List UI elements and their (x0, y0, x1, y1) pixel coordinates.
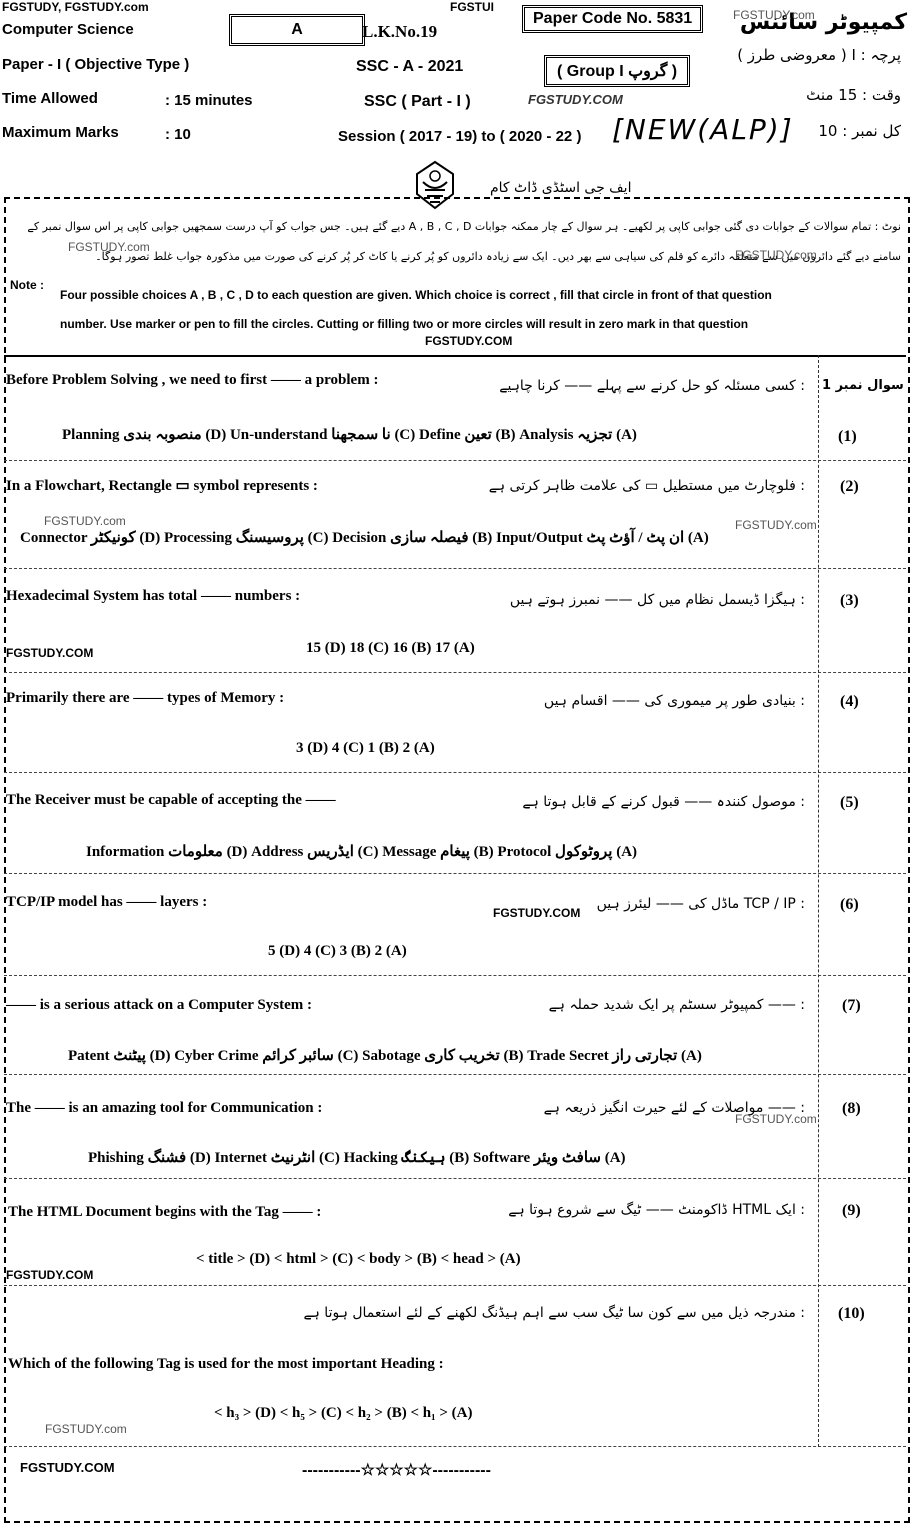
watermark-top-center: FGSTUI (450, 0, 494, 14)
watermark-q9: FGSTUDY.COM (6, 1268, 93, 1282)
handwritten-note: [NEW(ALP)] (612, 113, 794, 146)
q6-options: 5 (D) 4 (C) 3 (B) 2 (A) (268, 943, 407, 960)
exam-title: SSC - A - 2021 (356, 58, 463, 76)
q3-urdu: : ہیگزا ڈیسمل نظام میں کل —— نمبرز ہوتے … (510, 592, 805, 608)
footer-stars: -----------☆☆☆☆☆----------- (302, 1460, 491, 1480)
q6-number: (6) (840, 896, 859, 914)
marks-label: Maximum Marks (2, 124, 119, 141)
q9-options: < title > (D) < html > (C) < body > (B) … (196, 1251, 521, 1268)
watermark-instr-left: FGSTUDY.com (68, 240, 150, 254)
q8-english: The —— is an amazing tool for Communicat… (6, 1100, 322, 1117)
q1-english: Before Problem Solving , we need to firs… (6, 372, 378, 389)
exam-part: SSC ( Part - I ) (364, 93, 471, 111)
q7-english: —— is a serious attack on a Computer Sys… (6, 997, 312, 1014)
q7-urdu: : —— کمپیوٹر سسٹم پر ایک شدید حملہ ہے (549, 997, 805, 1013)
q4-number: (4) (840, 693, 859, 711)
q1-urdu: : کسی مسئلہ کو حل کرنے سے پہلے —— کرنا چ… (499, 378, 805, 394)
question-header-urdu: سوال نمبر 1 (822, 378, 904, 393)
q10-options: < h₃ > (D) < h₅ > (C) < h₂ > (B) < h₁ > … (214, 1405, 472, 1422)
group-box: ( Group I گروپ ) (544, 55, 690, 87)
note-label: Note : (10, 278, 44, 292)
urdu-instructions-line1: نوٹ : تمام سوالات کے جوابات دی گئی جوابی… (21, 220, 901, 233)
q2-number: (2) (840, 478, 859, 496)
q3-options: 15 (D) 18 (C) 16 (B) 17 (A) (306, 640, 475, 657)
board-code: L.K.No.19 (362, 22, 437, 42)
watermark-q10: FGSTUDY.com (45, 1422, 127, 1436)
q3-english: Hexadecimal System has total —— numbers … (6, 588, 300, 605)
q9-number: (9) (842, 1202, 861, 1220)
urdu-paper: پرچہ : I ( معروضی طرز ) (737, 46, 901, 64)
q9-urdu: : ایک HTML ڈاکومنٹ —— ٹیگ سے شروع ہوتا ہ… (508, 1202, 805, 1218)
q2-urdu: : فلوچارٹ میں مستطیل ▭ کی علامت ظاہر کرت… (489, 478, 805, 494)
q8-number: (8) (842, 1100, 861, 1118)
question-number-column (818, 355, 819, 1447)
q7-number: (7) (842, 997, 861, 1015)
watermark-q8: FGSTUDY.com (735, 1112, 817, 1126)
q10-urdu: : مندرجہ ذیل میں سے کون سا ٹیگ سب سے اہم… (303, 1305, 805, 1321)
q9-english: The HTML Document begins with the Tag ——… (8, 1204, 321, 1221)
q4-english: Primarily there are —— types of Memory : (6, 690, 284, 707)
watermark-q2-right: FGSTUDY.com (735, 518, 817, 532)
q10-english: Which of the following Tag is used for t… (8, 1356, 444, 1373)
subject-title: Computer Science (2, 21, 134, 38)
q5-urdu: : موصول کنندہ —— قبول کرنے کے قابل ہوتا … (522, 794, 805, 810)
q7-options: Patent پیٹنٹ (D) Cyber Crime سائبر کرائم… (68, 1046, 702, 1065)
paper-code-box: Paper Code No. 5831 (522, 5, 703, 33)
note-line2: number. Use marker or pen to fill the ci… (60, 317, 748, 331)
session: Session ( 2017 - 19) to ( 2020 - 22 ) (338, 128, 581, 145)
paper-type: Paper - I ( Objective Type ) (2, 56, 189, 73)
q8-options: Phishing فشنگ (D) Internet انٹرنیٹ (C) H… (88, 1148, 626, 1167)
watermark-header: FGSTUDY.COM (528, 92, 623, 107)
paper-version-box: A (229, 14, 365, 46)
q4-options: 3 (D) 4 (C) 1 (B) 2 (A) (296, 740, 435, 757)
q5-english: The Receiver must be capable of acceptin… (6, 792, 336, 809)
marks-value: : 10 (165, 126, 191, 143)
urdu-marks: کل نمبر : 10 (818, 122, 901, 140)
urdu-site-name: ایف جی اسٹڈی ڈاٹ کام (490, 180, 631, 196)
q5-options: Information معلومات (D) Address ایڈریس (… (86, 842, 637, 861)
watermark-q2-left: FGSTUDY.com (44, 514, 126, 528)
q3-number: (3) (840, 592, 859, 610)
watermark-top-left: FGSTUDY, FGSTUDY.com (2, 0, 149, 14)
urdu-time: وقت : 15 منٹ (806, 86, 901, 104)
q1-options: Planning منصوبہ بندی (D) Un-understand ن… (62, 425, 637, 444)
q6-english: TCP/IP model has —— layers : (6, 894, 207, 911)
watermark-q6: FGSTUDY.COM (493, 906, 580, 920)
watermark-q3: FGSTUDY.COM (6, 646, 93, 660)
footer-site: FGSTUDY.COM (20, 1460, 115, 1475)
q2-english: In a Flowchart, Rectangle ▭ symbol repre… (6, 476, 318, 495)
watermark-instr-right: FGSTUDY.com (735, 248, 817, 262)
note-line1: Four possible choices A , B , C , D to e… (60, 288, 772, 302)
q10-number: (10) (838, 1305, 865, 1323)
q1-number: (1) (838, 428, 857, 446)
time-value: : 15 minutes (165, 92, 253, 109)
watermark-instr-center: FGSTUDY.COM (425, 334, 512, 348)
q2-options: Connector کونیکٹر (D) Processing پروسیسن… (20, 528, 709, 547)
time-label: Time Allowed (2, 90, 98, 107)
q5-number: (5) (840, 794, 859, 812)
q4-urdu: : بنیادی طور پر میموری کی —— اقسام ہیں (544, 693, 805, 709)
watermark-top-right: FGSTUDY.com (733, 8, 815, 22)
q6-urdu: : TCP / IP ماڈل کی —— لیئرز ہیں (597, 896, 805, 912)
